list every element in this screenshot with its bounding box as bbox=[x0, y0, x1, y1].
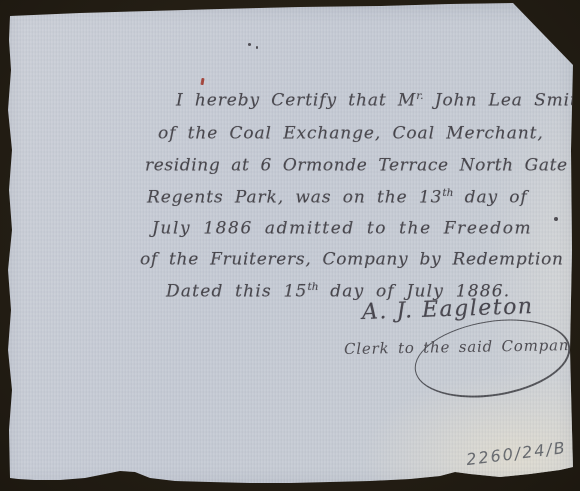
superscript: th bbox=[442, 187, 453, 199]
line-text: day of bbox=[453, 188, 527, 208]
reference-number: 2260/24/B bbox=[465, 438, 567, 469]
line-text: of the Coal Exchange, Coal Merchant, bbox=[158, 124, 544, 144]
certificate-line-5: July 1886 admitted to the Freedom bbox=[152, 218, 532, 239]
line-text: I hereby Certify that M bbox=[176, 91, 416, 111]
certificate-line-4: Regents Park, was on the 13th day of bbox=[147, 187, 528, 208]
line-text: Dated this 15 bbox=[166, 282, 308, 302]
certificate-line-3: residing at 6 Ormonde Terrace North Gate bbox=[145, 155, 568, 176]
certificate-paper: I hereby Certify that Mr. John Lea Smith… bbox=[0, 0, 580, 491]
signature-flourish-oval bbox=[409, 309, 576, 408]
photo-background: I hereby Certify that Mr. John Lea Smith… bbox=[0, 0, 580, 491]
line-text: John Lea Smith bbox=[423, 91, 580, 111]
ink-speck bbox=[554, 217, 558, 221]
superscript: th bbox=[308, 281, 319, 293]
certificate-line-1: I hereby Certify that Mr. John Lea Smith bbox=[176, 90, 580, 111]
red-ink-mark bbox=[200, 78, 204, 85]
ink-speck bbox=[256, 46, 258, 49]
line-text: Regents Park, was on the 13 bbox=[147, 188, 442, 208]
line-text: of the Fruiterers, Company by Redemption bbox=[140, 250, 564, 270]
line-text: residing at 6 Ormonde Terrace North Gate bbox=[145, 156, 568, 176]
certificate-line-2: of the Coal Exchange, Coal Merchant, bbox=[158, 123, 544, 144]
certificate-line-6: of the Fruiterers, Company by Redemption bbox=[140, 249, 564, 270]
line-text: July 1886 admitted to the Freedom bbox=[152, 219, 532, 239]
ink-speck bbox=[248, 43, 251, 46]
